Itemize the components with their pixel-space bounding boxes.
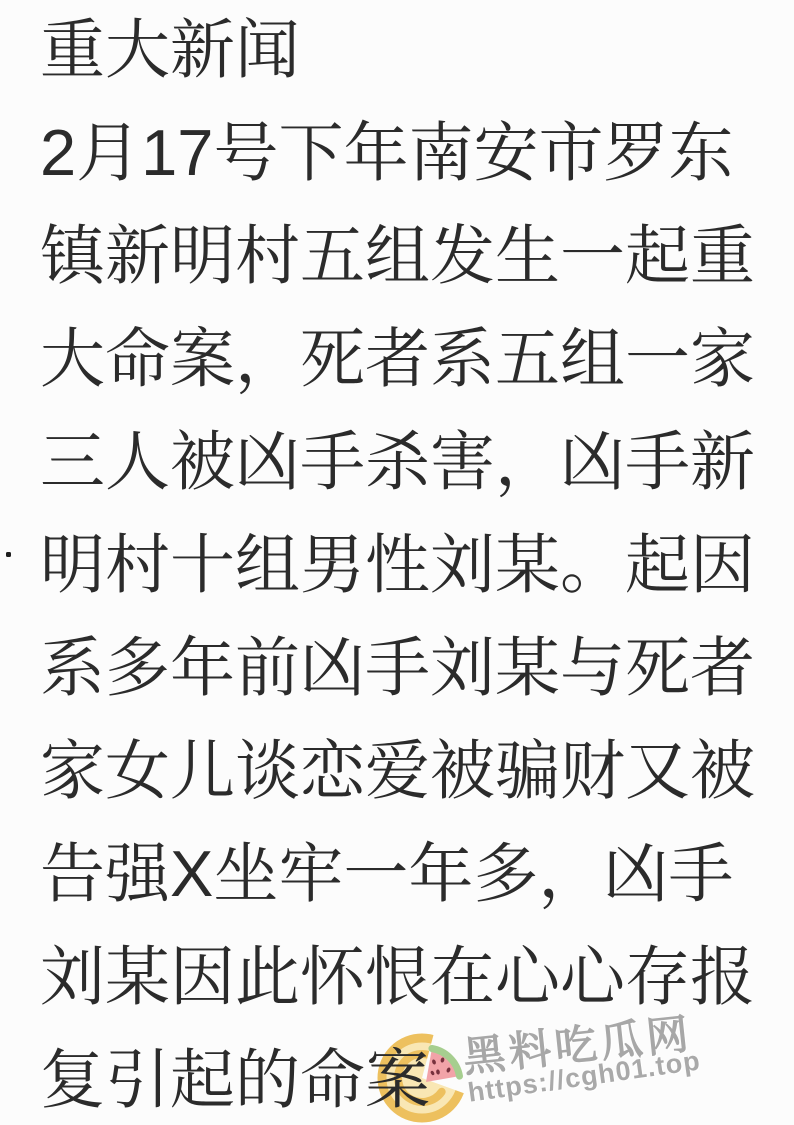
- article-line-11: 复引起的命案: [40, 1028, 755, 1125]
- article-line-4: 大命案，死者系五组一家: [40, 307, 755, 410]
- article-line-10: 刘某因此怀恨在心心存报: [40, 925, 755, 1028]
- article-line-3: 镇新明村五组发生一起重: [40, 204, 755, 307]
- stray-dot-mark: [6, 552, 11, 557]
- article-line-8: 家女儿谈恋爱被骗财又被: [40, 719, 755, 822]
- article-line-7: 系多年前凶手刘某与死者: [40, 616, 755, 719]
- article-line-9: 告强X坐牢一年多，凶手: [40, 822, 755, 925]
- screenshot-root: 重大新闻 2月17号下年南安市罗东 镇新明村五组发生一起重 大命案，死者系五组一…: [0, 0, 794, 1125]
- article-line-6: 明村十组男性刘某。起因: [40, 513, 755, 616]
- news-text-block: 重大新闻 2月17号下年南安市罗东 镇新明村五组发生一起重 大命案，死者系五组一…: [40, 0, 755, 1125]
- article-line-5: 三人被凶手杀害，凶手新: [40, 410, 755, 513]
- article-line-2: 2月17号下年南安市罗东: [40, 101, 755, 204]
- article-line-1: 重大新闻: [40, 0, 755, 101]
